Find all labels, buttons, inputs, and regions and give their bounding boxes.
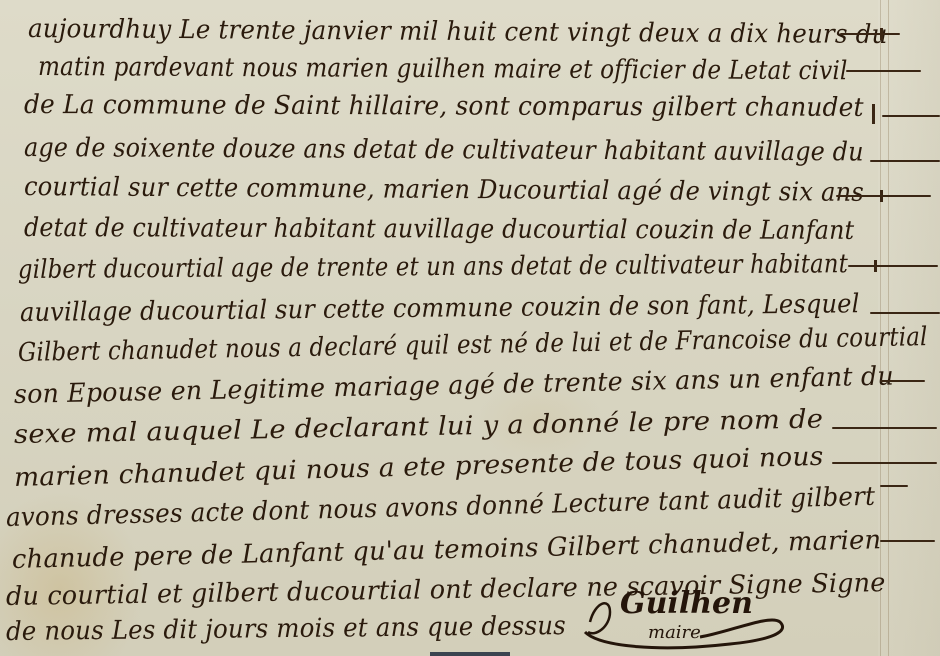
line-end-dash bbox=[870, 312, 940, 314]
mayor-signature: Guilhen maire bbox=[580, 592, 810, 652]
line-end-dash bbox=[832, 462, 937, 464]
margin-tick bbox=[880, 28, 883, 40]
line-end-dash bbox=[882, 115, 940, 117]
line-end-dash bbox=[848, 265, 938, 267]
margin-tick bbox=[874, 260, 877, 272]
signature-name: Guilhen bbox=[620, 586, 753, 621]
signature-title: maire bbox=[648, 622, 701, 643]
manuscript-line-9: Gilbert chanudet nous a declaré quil est… bbox=[18, 320, 940, 368]
manuscript-line-1: aujourdhuy Le trente janvier mil huit ce… bbox=[28, 14, 940, 50]
manuscript-line-3: de La commune de Saint hillaire, sont co… bbox=[24, 90, 903, 123]
manuscript-line-14: chanude pere de Lanfant qu'au temoins Gi… bbox=[12, 525, 891, 575]
line-end-dash bbox=[880, 380, 925, 382]
manuscript-page: aujourdhuy Le trente janvier mil huit ce… bbox=[0, 0, 940, 656]
manuscript-line-4: age de soixente douze ans detat de culti… bbox=[24, 133, 940, 168]
margin-tick bbox=[880, 190, 883, 202]
line-end-dash bbox=[846, 70, 921, 72]
manuscript-line-7: gilbert ducourtial age de trente et un a… bbox=[18, 248, 940, 285]
margin-tick bbox=[872, 104, 875, 124]
manuscript-line-10: son Epouse en Legitime mariage agé de tr… bbox=[14, 361, 920, 410]
bottom-edge-strip bbox=[430, 652, 510, 656]
manuscript-line-5: courtial sur cette commune, marien Ducou… bbox=[24, 172, 928, 208]
line-end-dash bbox=[880, 485, 908, 487]
line-end-dash bbox=[832, 427, 937, 429]
line-end-dash bbox=[870, 160, 940, 162]
manuscript-line-2: matin pardevant nous marien guilhen mair… bbox=[38, 52, 940, 87]
line-end-dash bbox=[840, 33, 900, 35]
line-end-dash bbox=[836, 195, 931, 197]
manuscript-line-16: de nous Les dit jours mois et ans que de… bbox=[6, 611, 603, 647]
line-end-dash bbox=[880, 540, 935, 542]
manuscript-line-8: auvillage ducourtial sur cette commune c… bbox=[20, 289, 927, 328]
manuscript-line-11: sexe mal auquel Le declarant lui y a don… bbox=[14, 405, 782, 450]
manuscript-line-6: detat de cultivateur habitant auvillage … bbox=[24, 213, 933, 246]
